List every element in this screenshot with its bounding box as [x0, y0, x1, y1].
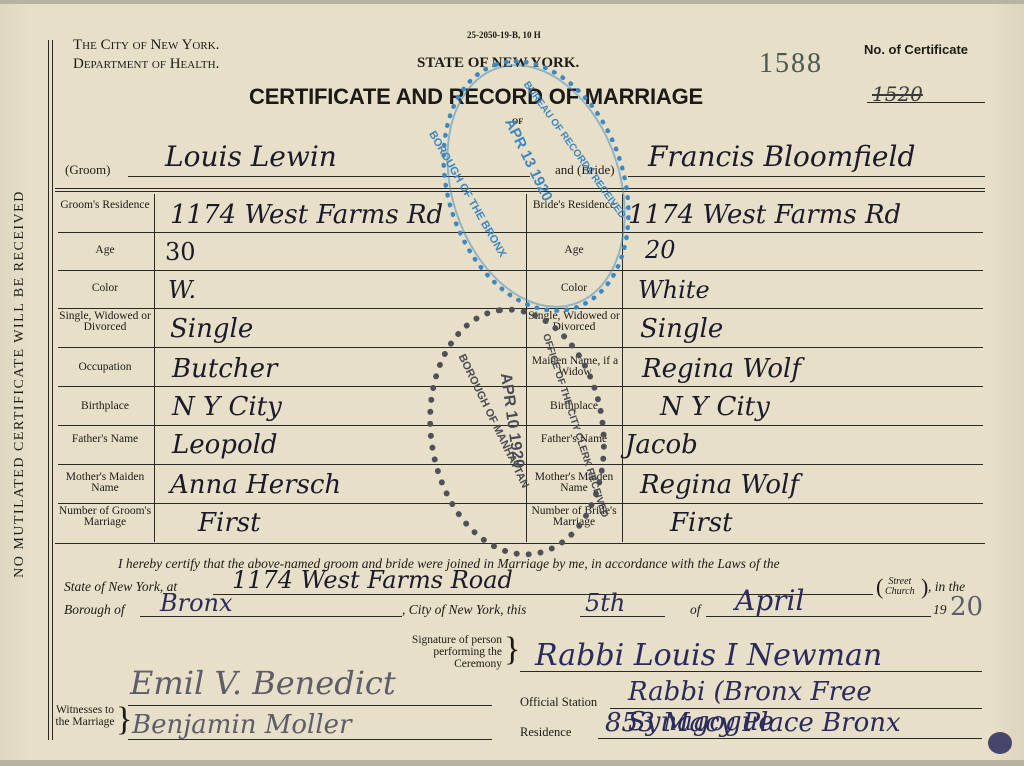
blue-stamp-date: APR 13 1920: [501, 116, 556, 204]
groom-color-label: Color: [58, 283, 152, 294]
groom-father-label: Father's Name: [70, 434, 140, 445]
groom-marriage-number-value: First: [198, 508, 261, 538]
groom-mother-value: Anna Hersch: [170, 470, 341, 500]
bride-birthplace-value: N Y City: [660, 392, 770, 422]
witness-2: Benjamin Moller: [132, 710, 352, 740]
officiant-signature: Rabbi Louis I Newman: [535, 638, 882, 673]
month-line: [706, 616, 931, 617]
groom-residence-value: 1174 West Farms Rd: [170, 200, 443, 230]
left-border-line: [48, 40, 49, 740]
ink-blot: [988, 732, 1012, 754]
bride-father-value: Jacob: [625, 430, 698, 460]
city-header: The City of New York.: [73, 36, 219, 54]
groom-name: Louis Lewin: [165, 140, 337, 173]
groom-occupation-value: Butcher: [172, 354, 277, 384]
signature-line: [520, 671, 982, 672]
groom-occupation-label: Occupation: [58, 362, 152, 373]
side-notice: NO MUTILATED CERTIFICATE WILL BE RECEIVE…: [12, 114, 28, 654]
borough-line: [140, 616, 402, 617]
bride-age-value: 20: [645, 236, 676, 264]
signature-label: Signature of person performing the Cerem…: [400, 634, 502, 670]
groom-residence-label: Groom's Residence: [58, 200, 152, 211]
official-station-label: Official Station: [520, 695, 597, 710]
row-line: [58, 308, 526, 309]
bride-name: Francis Bloomfield: [648, 140, 915, 173]
marriage-certificate: NO MUTILATED CERTIFICATE WILL BE RECEIVE…: [0, 4, 1024, 760]
of-text: of: [690, 602, 701, 618]
bride-mother-value: Regina Wolf: [640, 470, 799, 500]
month-value: April: [735, 584, 804, 617]
groom-marriage-number-label: Number of Groom's Marriage: [58, 506, 152, 528]
witnesses-label: Witnesses to the Marriage: [54, 704, 116, 728]
residence-line: [598, 738, 982, 739]
borough-prefix: Borough of: [64, 602, 125, 618]
residence-label: Residence: [520, 725, 571, 740]
row-line: [526, 308, 983, 309]
bride-marital-value: Single: [640, 314, 723, 344]
day-value: 5th: [585, 589, 625, 617]
witness-1-line: [128, 705, 492, 706]
ceremony-place: 1174 West Farms Road: [232, 566, 513, 594]
groom-birthplace-label: Birthplace: [58, 401, 152, 412]
grey-stamp-date: APR 10 1920: [496, 372, 527, 470]
certificate-number-line: [867, 102, 985, 103]
certificate-label: No. of Certificate: [864, 42, 968, 57]
church-option: Church: [885, 587, 915, 597]
form-number: 25-2050-19-B, 10 H: [467, 30, 541, 40]
groom-father-value: Leopold: [172, 430, 278, 460]
bride-color-value: White: [638, 276, 710, 304]
witness-1: Emil V. Benedict: [130, 664, 396, 702]
groom-color-value: W.: [168, 276, 196, 304]
bride-residence-value: 1174 West Farms Rd: [628, 200, 901, 230]
certificate-number: 1588: [759, 48, 823, 80]
street-church-options: Street Church: [885, 577, 915, 597]
groom-birthplace-value: N Y City: [172, 392, 282, 422]
city-text: , City of New York, this: [402, 602, 526, 618]
witness-2-line: [128, 739, 492, 740]
bride-marriage-number-value: First: [670, 508, 733, 538]
row-line: [58, 270, 526, 271]
blue-stamp-outer-text: BOROUGH OF THE BRONX: [426, 129, 508, 259]
residence-value: 853 Macy Place Bronx: [605, 708, 901, 738]
day-line: [580, 616, 665, 617]
groom-label-divider: [154, 194, 155, 542]
groom-age-label: Age: [58, 245, 152, 256]
groom-marital-value: Single: [170, 314, 253, 344]
blue-received-stamp: BOROUGH OF THE BRONX BUREAU OF RECORDS R…: [410, 35, 662, 338]
signature-brace: }: [504, 630, 520, 670]
groom-marital-label: Single, Widowed or Divorced: [58, 311, 152, 333]
row-line: [58, 232, 526, 233]
street-church-bracket-open: (: [876, 576, 883, 598]
year-value: 20: [950, 592, 983, 622]
groom-age-value: 30: [165, 238, 196, 266]
groom-label: (Groom): [65, 162, 111, 178]
witnesses-brace: }: [116, 700, 132, 740]
bride-maiden-name-value: Regina Wolf: [642, 354, 801, 384]
row-line: [526, 347, 983, 348]
department-header: Department of Health.: [73, 55, 219, 73]
bride-name-line: [628, 176, 985, 177]
left-border-line-inner: [52, 40, 53, 740]
borough-value: Bronx: [160, 589, 233, 617]
year-prefix: 19: [933, 602, 947, 618]
groom-mother-label: Mother's Maiden Name: [58, 472, 152, 494]
grey-received-stamp: BOROUGH OF MANHATTAN OFFICE OF THE CITY …: [411, 295, 622, 569]
